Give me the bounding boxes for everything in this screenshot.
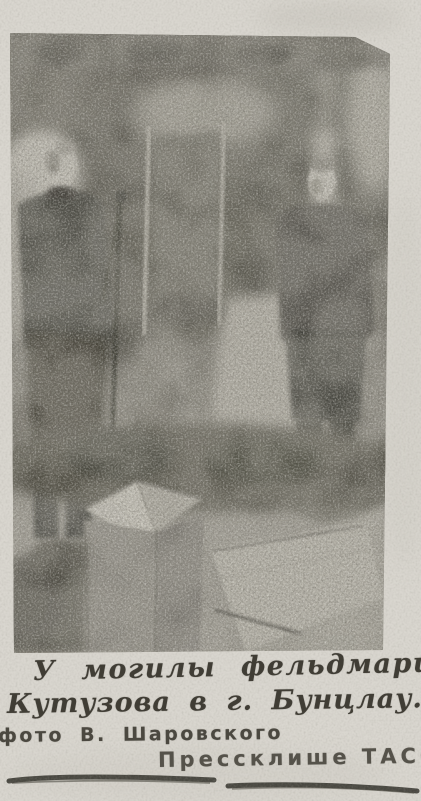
caption-line-2: Кутузова в г. Бунцлау. (7, 683, 421, 720)
agency-credit: Прессклише ТАСС (158, 744, 421, 772)
newspaper-clipping: У могилы фельдмаршала Кутузова в г. Бунц… (0, 0, 421, 801)
photo-credit: фото В. Шаровского (0, 722, 283, 747)
